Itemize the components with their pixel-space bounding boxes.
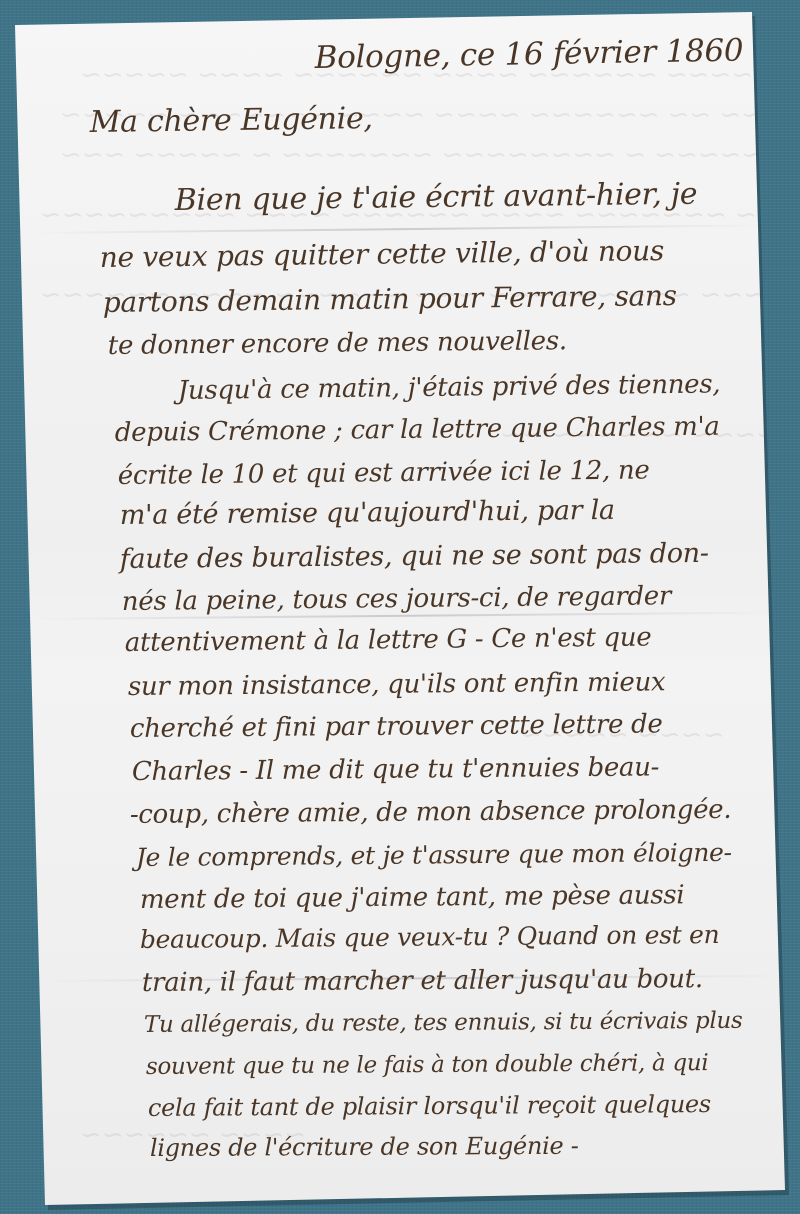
letter-line: ment de toi que j'aime tant, me pèse aus… bbox=[140, 880, 685, 915]
letter-line: Je le comprends, et je t'assure que mon … bbox=[136, 838, 732, 872]
letter-line: cela fait tant de plaisir lorsqu'il reço… bbox=[148, 1090, 711, 1122]
letter-line: cherché et fini par trouver cette lettre… bbox=[130, 709, 663, 744]
letter-line: Jusqu'à ce matin, j'étais privé des tien… bbox=[178, 369, 721, 406]
letter-line: Bien que je t'aie écrit avant-hier, je bbox=[175, 177, 698, 218]
letter-line: nés la peine, tous ces jours-ci, de rega… bbox=[122, 581, 671, 617]
letter-line: Charles - Il me dit que tu t'ennuies bea… bbox=[132, 752, 659, 787]
letter-line: faute des buralistes, qui ne se sont pas… bbox=[120, 538, 709, 575]
letter-line: m'a été remise qu'aujourd'hui, par la bbox=[120, 495, 615, 531]
salutation: Ma chère Eugénie, bbox=[90, 101, 373, 140]
letter-paper: ~~~ ~~~~~ ~~~~~~ ~~~~ ~~~~~~ ~~~~ ~~~~~ … bbox=[0, 0, 800, 1214]
letter-line: depuis Crémone ; car la lettre que Charl… bbox=[115, 412, 720, 448]
letter-line: écrite le 10 et qui est arrivée ici le 1… bbox=[118, 455, 650, 491]
letter-line: lignes de l'écriture de son Eugénie - bbox=[150, 1132, 579, 1162]
letter-line: sur mon insistance, qu'ils ont enfin mie… bbox=[128, 667, 666, 702]
dateline: Bologne, ce 16 février 1860 bbox=[314, 33, 743, 76]
letter-line: train, il faut marcher et aller jusqu'au… bbox=[142, 964, 703, 998]
letter-line: -coup, chère amie, de mon absence prolon… bbox=[130, 795, 732, 830]
letter-line: beaucoup. Mais que veux-tu ? Quand on es… bbox=[140, 920, 720, 954]
letter-line: souvent que tu ne le fais à ton double c… bbox=[146, 1050, 709, 1080]
letter-line: attentivement à la lettre G - Ce n'est q… bbox=[125, 622, 652, 658]
letter-line: Tu allégerais, du reste, tes ennuis, si … bbox=[144, 1008, 743, 1038]
letter-line: ne veux pas quitter cette ville, d'où no… bbox=[100, 234, 665, 274]
bleed-through-text: ~~~~ ~~~~~ ~ ~~~~~~~~ ~~~~~~~ ~ ~~~~~ ~~… bbox=[60, 140, 800, 170]
letter-line: te donner encore de mes nouvelles. bbox=[108, 326, 567, 361]
letter-line: partons demain matin pour Ferrare, sans bbox=[103, 279, 677, 319]
